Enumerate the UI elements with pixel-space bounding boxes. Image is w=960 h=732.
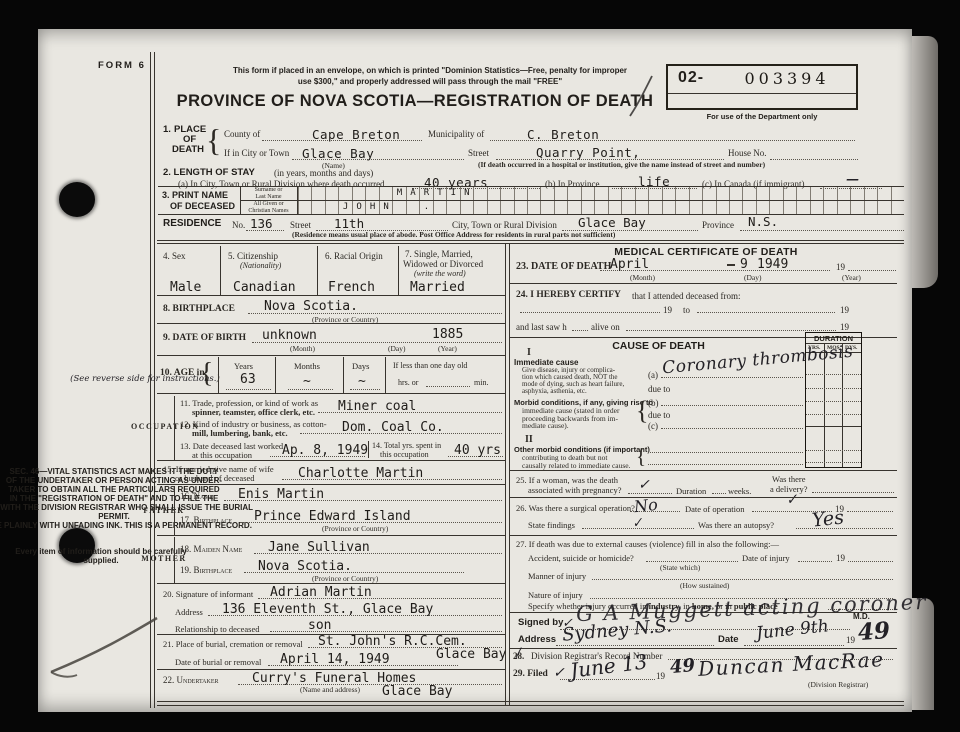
father-name-label: 16. Name [180, 491, 213, 501]
duration-title: DURATION [805, 334, 862, 343]
letter-cell [689, 201, 702, 214]
form-number-label: FORM 6 [98, 60, 146, 71]
burial-date-value: April 14, 1949 [280, 652, 390, 667]
signed-date-label: Date [718, 634, 739, 645]
letter-cell [325, 201, 338, 214]
death-date-year: 1949 [757, 257, 788, 272]
age-label: 10. AGE in [160, 368, 205, 378]
letter-cell [594, 187, 607, 200]
municipality-label: Municipality of [428, 129, 484, 139]
residence-no-value: 136 [250, 216, 273, 231]
signed-by-label: Signed by [518, 617, 563, 628]
autopsy-label: Was there an autopsy? [698, 520, 774, 530]
sex-label: 4. Sex [163, 251, 186, 261]
certify-to: to [683, 305, 690, 315]
given-letter-grid: JOHN. [298, 201, 904, 214]
birthdate-month-value: unknown [262, 328, 317, 343]
immediate-text-4: asphyxia, asthenia, etc. [522, 387, 587, 395]
spouse-label-2: or husband of deceased [175, 473, 255, 483]
citizenship-value: Canadian [233, 280, 296, 295]
registrar-signature-note: (Division Registrar) [808, 680, 868, 689]
letter-cell [635, 187, 648, 200]
letter-cell [675, 201, 688, 214]
informant-relation-label: Relationship to deceased [175, 624, 260, 634]
letter-cell [729, 201, 742, 214]
age-less-label: If less than one day old [393, 361, 467, 370]
letter-cell [473, 201, 486, 214]
mother-maiden-value: Jane Sullivan [268, 540, 370, 555]
informant-address-value: 136 Eleventh St., Glace Bay [222, 602, 433, 617]
pen-stroke [624, 72, 658, 120]
letter-cell [406, 201, 419, 214]
scanned-death-registration: { "meta": { "form_label": "FORM 6" }, "m… [0, 0, 960, 732]
letter-cell [338, 187, 351, 200]
citizenship-label: 5. Citizenship [228, 251, 278, 261]
delivery-label-1: Was there [772, 474, 806, 484]
letter-cell [648, 187, 661, 200]
letter-cell [702, 201, 715, 214]
father-name-value: Enis Martin [238, 487, 324, 502]
certify-19-a: 19 [663, 305, 672, 315]
death-date-19: 19 [836, 262, 845, 272]
letter-cell [662, 187, 675, 200]
letter-cell: T [433, 187, 446, 200]
surname-box-label: Surname or Last Name [241, 187, 296, 200]
letter-cell [635, 201, 648, 214]
letter-cell [567, 201, 580, 214]
letter-cell [810, 201, 823, 214]
signed-year-value: 49 [857, 617, 891, 646]
letter-cell [877, 201, 890, 214]
letter-cell [298, 187, 311, 200]
birthplace-value: Nova Scotia. [264, 299, 358, 314]
letter-cell [621, 187, 634, 200]
letter-cell [514, 187, 527, 200]
birthdate-day-note: (Day) [388, 344, 406, 353]
letter-cell: M [392, 187, 405, 200]
letter-cell [514, 201, 527, 214]
residence-label: RESIDENCE [163, 218, 221, 229]
industry-value: Dom. Coal Co. [342, 420, 444, 435]
letter-cell [460, 201, 473, 214]
age-years-label: Years [234, 361, 253, 371]
mail-note-line1: This form if placed in an envelope, on w… [170, 66, 690, 75]
mother-birthplace-label: 19. Birthplace [180, 565, 232, 575]
burial-label: 21. Place of burial, cremation or remova… [163, 639, 303, 649]
signed-address-label: Address [518, 634, 556, 645]
place-num-label: 1. [163, 124, 171, 135]
residence-province-value: N.S. [748, 214, 778, 229]
letter-cell [567, 187, 580, 200]
letter-cell [823, 201, 836, 214]
last-saw-label: and last saw h [516, 322, 567, 332]
letter-cell [473, 187, 486, 200]
city-value: Glace Bay [302, 146, 374, 161]
death-date-day: 9 [740, 257, 748, 272]
letter-cell: . [419, 201, 432, 214]
letter-cell [810, 187, 823, 200]
place-label-3: DEATH [172, 144, 204, 155]
manner-label: Manner of injury [528, 571, 586, 581]
how-sustained-note: (How sustained) [680, 581, 729, 590]
letter-cell [527, 201, 540, 214]
undertaker-value-2: Glace Bay [382, 684, 452, 699]
letter-cell [850, 201, 863, 214]
residence-street-label: Street [290, 220, 311, 230]
letter-cell [325, 187, 338, 200]
letter-cell [716, 187, 729, 200]
letter-cell [716, 201, 729, 214]
letter-cell [487, 187, 500, 200]
letter-cell [352, 187, 365, 200]
residence-no-label: No. [232, 220, 245, 230]
racial-origin-label: 6. Racial Origin [325, 251, 383, 261]
nature-label: Nature of injury [528, 590, 583, 600]
letter-cell [837, 187, 850, 200]
letter-cell [540, 201, 553, 214]
letter-cell: R [419, 187, 432, 200]
letter-cell [675, 187, 688, 200]
residence-city-value: Glace Bay [578, 215, 646, 230]
letter-cell: N [460, 187, 473, 200]
punch-hole [59, 182, 95, 217]
cause-due-to-2: due to [648, 410, 670, 420]
serial-caption: For use of the Department only [666, 112, 858, 121]
letter-cell [311, 201, 324, 214]
letter-cell [823, 187, 836, 200]
surname-letter-grid: MARTIN [298, 187, 904, 200]
residence-street-value: 11th [334, 216, 364, 231]
operation-value: No [633, 495, 658, 516]
brace: { [636, 396, 648, 426]
last-saw-19: 19 [840, 322, 849, 332]
county-value: Cape Breton [312, 127, 400, 142]
letter-cell [500, 201, 513, 214]
undertaker-note: (Name and address) [300, 685, 360, 694]
letter-cell [783, 187, 796, 200]
cause-section-1: I [527, 347, 531, 358]
burial-value-2: Glace Bay [436, 647, 506, 662]
letter-cell [837, 201, 850, 214]
letter-cell [392, 201, 405, 214]
stay-c-value: — [846, 172, 859, 187]
filed-year-value: 49 [669, 655, 696, 678]
letter-cell [891, 201, 904, 214]
birthdate-label: 9. DATE OF BIRTH [163, 333, 246, 343]
letter-cell [729, 187, 742, 200]
pencil-stroke [45, 612, 160, 682]
sex-value: Male [170, 280, 201, 295]
filed-19: 19 [656, 671, 665, 681]
given-box-label: All Given or Christian Names [241, 201, 296, 214]
letter-cell [581, 187, 594, 200]
father-birthplace-label: 17. Birthplace [180, 515, 232, 525]
letter-cell [487, 201, 500, 214]
letter-cell [769, 187, 782, 200]
pregnancy-label-1: 25. If a woman, was the death [516, 475, 618, 485]
last-worked-value: Ap. 8, 1949 [282, 443, 368, 458]
serial-box-divider [668, 93, 856, 94]
racial-origin-value: French [328, 280, 375, 295]
marital-value: Married [410, 280, 465, 295]
cause-c-label: (c) [648, 421, 658, 431]
brace: { [206, 122, 221, 159]
stay-sub-label: (in years, months and days) [274, 168, 373, 178]
birthdate-year-value: 1885 [432, 327, 463, 342]
informant-label: 20. Signature of informant [163, 589, 253, 599]
brace: { [636, 444, 646, 469]
letter-cell [554, 201, 567, 214]
house-no-label: House No. [728, 148, 767, 158]
injury-date-19: 19 [836, 553, 845, 563]
citizenship-sub-label: (Nationality) [240, 261, 281, 270]
letter-cell [311, 187, 324, 200]
other-morbid-text-3: causally related to immediate cause. [522, 461, 631, 470]
pregnancy-label-2: associated with pregnancy? [528, 485, 621, 495]
letter-cell [742, 201, 755, 214]
birthdate-month-note: (Month) [290, 344, 315, 353]
letter-cell [648, 201, 661, 214]
letter-cell [756, 201, 769, 214]
operation-label: 26. Was there a surgical operation? [516, 503, 635, 513]
certify-19-b: 19 [840, 305, 849, 315]
letter-cell [608, 187, 621, 200]
letter-cell [540, 187, 553, 200]
letter-cell [298, 201, 311, 214]
letter-cell [608, 201, 621, 214]
total-years-value: 40 yrs [454, 443, 501, 458]
mother-birthplace-note: (Province or Country) [312, 574, 378, 583]
filed-label: 29. Filed [513, 669, 548, 679]
medical-title: MEDICAL CERTIFICATE OF DEATH [512, 246, 900, 258]
pregnancy-check: ✓ [638, 477, 650, 493]
operation-date-label: Date of operation [685, 504, 744, 514]
marital-label-2: Widowed or Divorced [403, 259, 483, 269]
age-hrs-label: hrs. or [398, 378, 418, 387]
injury-date-label: Date of injury [742, 553, 790, 563]
pregnancy-duration-label: Duration [676, 486, 706, 496]
serial-number: 003394 [724, 69, 850, 88]
death-date-month: April [610, 257, 649, 272]
undertaker-label: 22. Undertaker [163, 675, 219, 685]
letter-cell: N [379, 201, 392, 214]
marital-sub-label: (write the word) [414, 269, 466, 278]
age-days-label: Days [352, 361, 369, 371]
death-date-month-note: (Month) [630, 273, 655, 282]
autopsy-value: Yes [811, 506, 845, 531]
pen-stroke-28: / [516, 646, 521, 662]
letter-cell [864, 201, 877, 214]
death-date-year-note: (Year) [842, 273, 861, 282]
letter-cell: J [338, 201, 351, 214]
pregnancy-weeks-label: weeks. [728, 486, 751, 496]
form-title: PROVINCE OF NOVA SCOTIA—REGISTRATION OF … [160, 92, 670, 111]
letter-cell [796, 187, 809, 200]
burial-date-label: Date of burial or removal [175, 657, 261, 667]
hospital-note: (If death occurred in a hospital or inst… [478, 160, 765, 169]
letter-cell: I [446, 187, 459, 200]
print-name-label-1: 3. PRINT NAME [162, 190, 228, 200]
certify-label-bold: 24. I HEREBY CERTIFY [516, 290, 621, 300]
letter-cell [365, 187, 378, 200]
letter-cell [554, 187, 567, 200]
certify-label-rest: that I attended deceased from: [632, 291, 740, 301]
mother-birthplace-value: Nova Scotia. [258, 559, 352, 574]
cause-section-2: II [525, 434, 533, 445]
residence-note: (Residence means usual place of abode. P… [292, 230, 615, 239]
stay-label: 2. LENGTH OF STAY [163, 167, 255, 178]
municipality-value: C. Breton [527, 127, 599, 142]
city-label: If in City or Town [224, 148, 289, 158]
informant-value: Adrian Martin [270, 585, 372, 600]
birthplace-label: 8. BIRTHPLACE [163, 304, 235, 314]
letter-cell: O [352, 201, 365, 214]
death-date-label: 23. DATE OF DEATH [516, 261, 611, 272]
mother-maiden-label: 18. Maiden Name [180, 544, 242, 554]
cause-a-label: (a) [648, 370, 658, 380]
delivery-check: ✓ [785, 491, 799, 508]
age-months-value: ~ [303, 374, 311, 389]
letter-cell [527, 187, 540, 200]
brace: { [200, 358, 213, 390]
state-which-note: (State which) [660, 563, 700, 572]
trade-label-2: spinner, teamster, office clerk, etc. [192, 407, 315, 417]
letter-cell [689, 187, 702, 200]
letter-cell [850, 187, 863, 200]
letter-cell [621, 201, 634, 214]
serial-prefix: 02- [678, 69, 704, 87]
age-years-value: 63 [240, 372, 256, 387]
morbid-text-4: mediate cause). [522, 421, 569, 430]
letter-cell [783, 201, 796, 214]
letter-cell [769, 201, 782, 214]
last-worked-label-2: at this occupation [192, 450, 252, 460]
letter-cell [662, 201, 675, 214]
letter-cell [433, 201, 446, 214]
letter-cell [756, 187, 769, 200]
industry-label-2: mill, lumbering, bank, etc. [192, 428, 288, 438]
page-curl-edge [908, 36, 938, 288]
father-birthplace-note: (Province or Country) [322, 524, 388, 533]
residence-province-label: Province [702, 220, 734, 230]
letter-cell [594, 201, 607, 214]
cause-b-label: (b) [648, 398, 659, 408]
age-days-value: ~ [358, 374, 366, 389]
accident-label: Accident, suicide or homicide? [528, 553, 634, 563]
total-years-label-1: 14. Total yrs. spent in [372, 441, 441, 450]
letter-cell [446, 201, 459, 214]
letter-cell [379, 187, 392, 200]
letter-cell [877, 187, 890, 200]
letter-cell [500, 187, 513, 200]
marital-label-1: 7. Single, Married, [405, 249, 473, 259]
age-months-label: Months [294, 361, 320, 371]
letter-cell: A [406, 187, 419, 200]
alive-on-label: alive on [591, 322, 620, 332]
letter-cell [864, 187, 877, 200]
findings-label: State findings [528, 520, 575, 530]
letter-cell [742, 187, 755, 200]
residence-city-label: City, Town or Rural Division [452, 220, 557, 230]
county-label: County of [224, 129, 260, 139]
letter-cell [796, 201, 809, 214]
street-label: Street [468, 148, 489, 158]
age-min-label: min. [474, 378, 488, 387]
spouse-value: Charlotte Martin [298, 466, 423, 481]
letter-cell: H [365, 201, 378, 214]
cause-due-to-1: due to [648, 384, 670, 394]
letter-cell [702, 187, 715, 200]
findings-check: ✓ [631, 515, 644, 532]
street-value: Quarry Point, [536, 145, 640, 160]
informant-address-label: Address [175, 607, 203, 617]
father-birthplace-value: Prince Edward Island [254, 509, 411, 524]
letter-cell [891, 187, 904, 200]
death-date-day-note: (Day) [744, 273, 762, 282]
trade-value: Miner coal [338, 399, 416, 414]
print-name-label-2: OF DECEASED [170, 201, 235, 211]
informant-relation-value: son [308, 618, 331, 633]
external-causes-label: 27. If death was due to external causes … [516, 539, 779, 549]
mail-note-line2: use $300," and properly addressed will p… [170, 77, 690, 86]
signed-19: 19 [846, 635, 855, 645]
total-years-label-2: this occupation [380, 450, 429, 459]
birthdate-year-note: (Year) [438, 344, 457, 353]
letter-cell [581, 201, 594, 214]
